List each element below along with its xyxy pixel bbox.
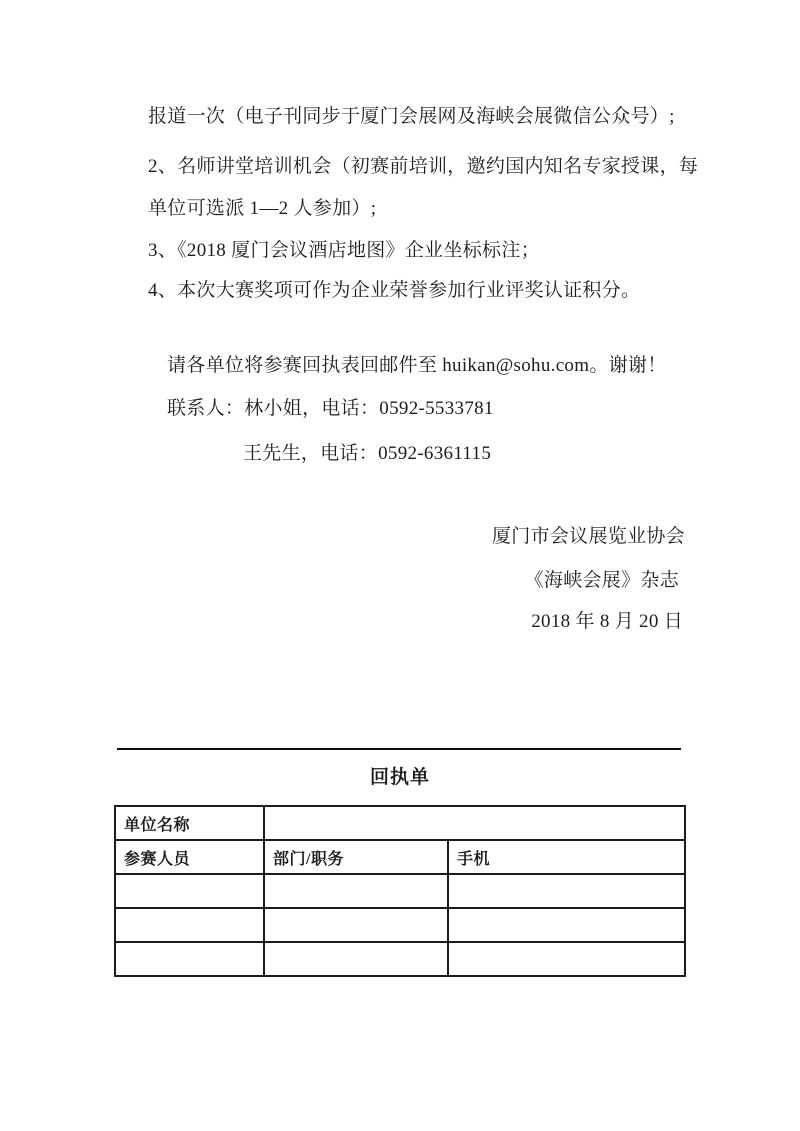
participant-cell <box>115 942 264 976</box>
participant-cell <box>115 908 264 942</box>
document-page: 报道一次（电子刊同步于厦门会展网及海峡会展微信公众号）; 2、名师讲堂培训机会（… <box>0 0 800 1131</box>
receipt-title: 回执单 <box>115 762 685 789</box>
body-line: 3、《2018 厦门会议酒店地图》企业坐标标注； <box>148 239 540 263</box>
body-line: 单位可选派 1—2 人参加）; <box>148 197 376 221</box>
signature-date: 2018 年 8 月 20 日 <box>531 610 683 634</box>
contact-line-phone-2: 王先生，电话：0592-6361115 <box>243 442 491 466</box>
table-row <box>115 942 685 976</box>
header-department: 部门/职务 <box>264 840 448 874</box>
signature-magazine: 《海峡会展》杂志 <box>525 569 679 593</box>
section-divider <box>117 748 681 750</box>
table-row <box>115 874 685 908</box>
table-row <box>115 908 685 942</box>
contact-line-phone-1: 联系人：林小姐，电话：0592-5533781 <box>167 397 494 421</box>
company-name-cell <box>264 806 685 840</box>
department-cell <box>264 874 448 908</box>
contact-line-email: 请各单位将参赛回执表回邮件至 huikan@sohu.com。谢谢！ <box>167 354 667 378</box>
body-line: 2、名师讲堂培训机会（初赛前培训，邀约国内知名专家授课，每 <box>148 155 698 179</box>
department-cell <box>264 942 448 976</box>
mobile-cell <box>448 942 685 976</box>
company-name-label: 单位名称 <box>115 806 264 840</box>
table-row-headers: 参赛人员 部门/职务 手机 <box>115 840 685 874</box>
header-mobile: 手机 <box>448 840 685 874</box>
header-participant: 参赛人员 <box>115 840 264 874</box>
body-line: 4、本次大赛奖项可作为企业荣誉参加行业评奖认证积分。 <box>148 279 640 303</box>
receipt-table: 单位名称 参赛人员 部门/职务 手机 <box>114 805 686 977</box>
mobile-cell <box>448 874 685 908</box>
signature-organization: 厦门市会议展览业协会 <box>492 525 685 549</box>
department-cell <box>264 908 448 942</box>
table-row-company: 单位名称 <box>115 806 685 840</box>
participant-cell <box>115 874 264 908</box>
body-line: 报道一次（电子刊同步于厦门会展网及海峡会展微信公众号）; <box>148 105 675 129</box>
mobile-cell <box>448 908 685 942</box>
